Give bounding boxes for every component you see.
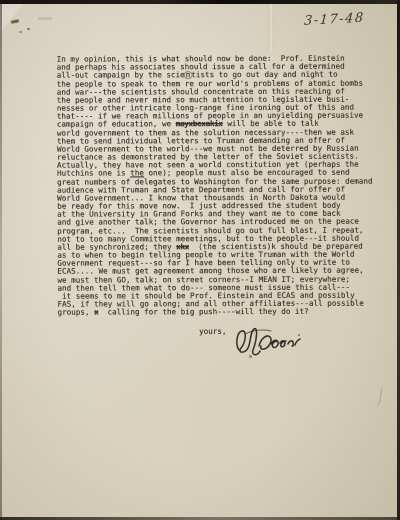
handwritten-date: 3-17-48 (304, 10, 375, 29)
paper-corner-fold (0, 3, 24, 33)
signature-scrawl-icon (233, 320, 305, 362)
scanned-letter-page: 3-17-48 In my opinion, this is what shou… (0, 0, 400, 520)
paper-scratch (373, 388, 382, 407)
letter-body: In my opinion, this is what should now b… (57, 54, 388, 317)
ink-speck (19, 31, 22, 33)
scan-edge-left (0, 0, 2, 520)
letter-closing: yours, (199, 327, 226, 336)
smudge-mark (38, 17, 52, 20)
scan-edge-top (0, 0, 400, 4)
ink-speck (27, 28, 30, 30)
paper-crease (268, 3, 274, 51)
letter-line: groups, x calling for the big push----wi… (57, 308, 387, 317)
